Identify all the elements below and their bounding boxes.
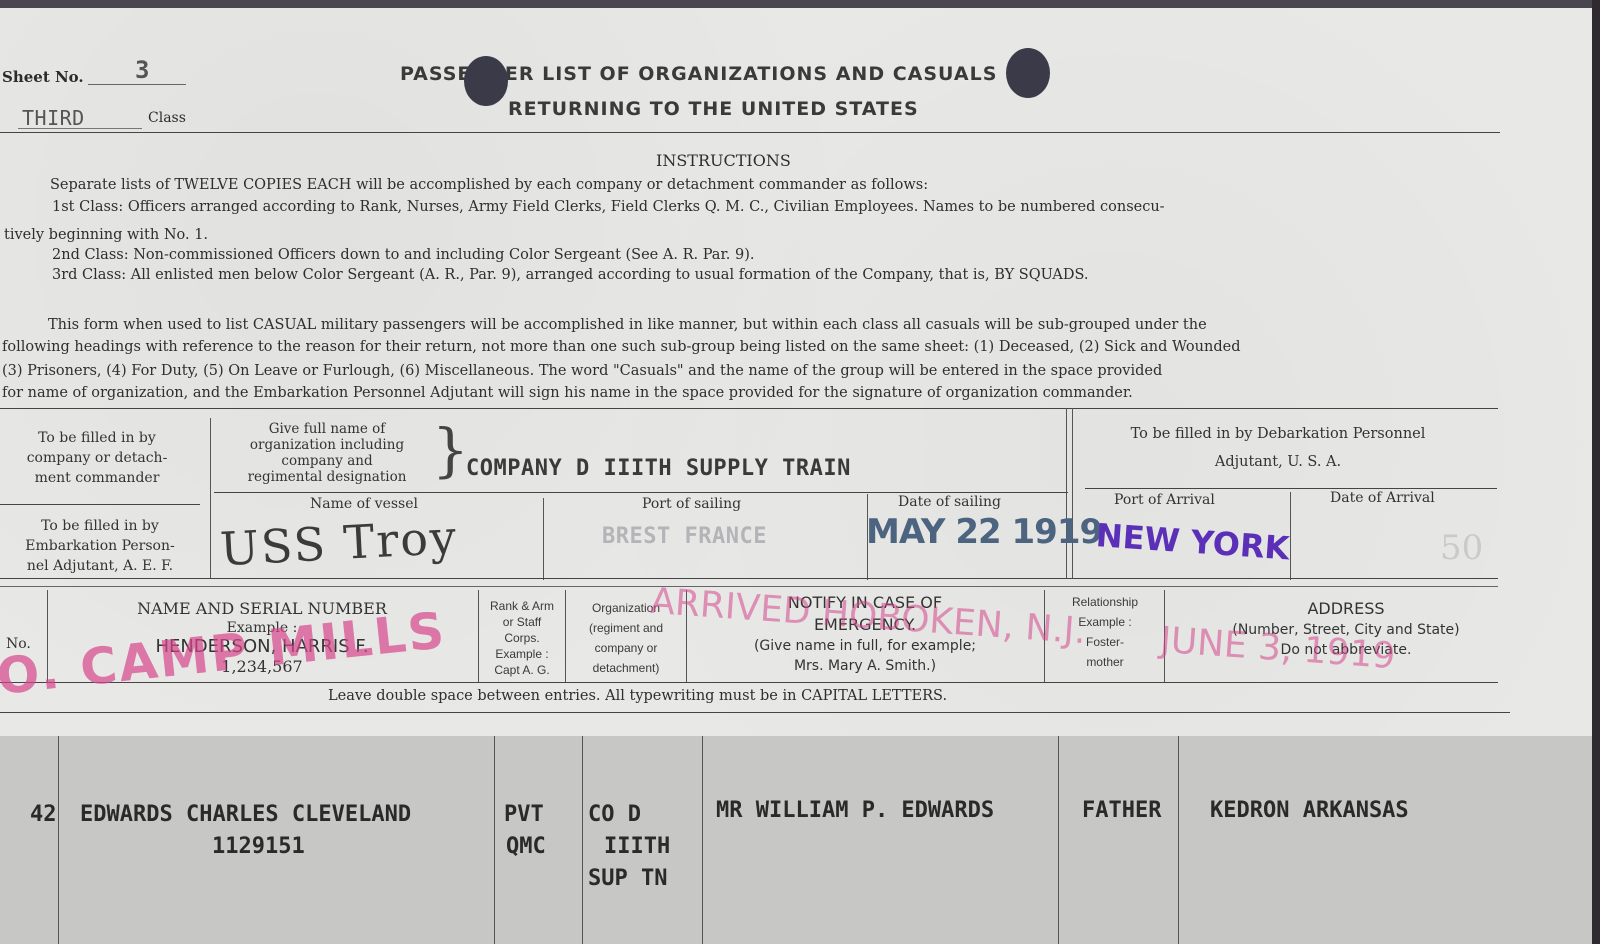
date-of-sailing-label: Date of sailing: [898, 492, 1001, 512]
vessel-value[interactable]: USS Troy: [219, 510, 459, 576]
entry-rank[interactable]: PVT: [504, 802, 544, 827]
instructions-heading: INSTRUCTIONS: [656, 150, 791, 172]
instructions-line: 3rd Class: All enlisted men below Color …: [52, 264, 1089, 286]
organization-prompt: Give full name of organization including…: [218, 421, 436, 485]
punch-hole-right: [1006, 48, 1050, 98]
entry-org-line1[interactable]: CO D: [588, 802, 641, 827]
port-of-arrival-value[interactable]: NEW YORK: [1095, 516, 1291, 567]
entry-relationship[interactable]: FATHER: [1082, 798, 1161, 823]
vessel-label: Name of vessel: [310, 494, 418, 514]
instructions-line: 1st Class: Officers arranged according t…: [52, 196, 1165, 218]
organization-value[interactable]: COMPANY D IIITH SUPPLY TRAIN: [466, 456, 851, 481]
entry-org-line3[interactable]: SUP TN: [588, 866, 667, 891]
instructions-line: Separate lists of TWELVE COPIES EACH wil…: [50, 174, 928, 196]
entry-org-line2[interactable]: IIITH: [604, 834, 670, 859]
brace-icon: }: [432, 420, 469, 480]
debarkation-label: To be filled in by Debarkation Personnel…: [1078, 420, 1478, 476]
passenger-list-form: Sheet No. 3 THIRD Class PASSENGER LIST O…: [0, 8, 1592, 736]
typing-instructions-note: Leave double space between entries. All …: [328, 688, 947, 704]
sheet-number-value: 3: [135, 56, 150, 84]
instructions-line: This form when used to list CASUAL milit…: [48, 314, 1207, 336]
company-commander-label: To be filled in by company or detach- me…: [2, 428, 192, 488]
sheet-number-label: Sheet No.: [2, 68, 84, 86]
instructions-line: 2nd Class: Non-commissioned Officers dow…: [52, 244, 755, 266]
punch-hole-left: [464, 56, 508, 106]
instructions-line: tively beginning with No. 1.: [4, 224, 208, 246]
entry-serial[interactable]: 1129151: [212, 834, 305, 859]
class-value: THIRD: [22, 106, 85, 130]
instructions-line: following headings with reference to the…: [2, 336, 1240, 358]
entry-notify[interactable]: MR WILLIAM P. EDWARDS: [716, 798, 994, 823]
date-of-arrival-label: Date of Arrival: [1330, 488, 1435, 508]
entry-area: 42 EDWARDS CHARLES CLEVELAND 1129151 PVT…: [0, 736, 1592, 944]
date-of-arrival-value[interactable]: 50: [1440, 528, 1483, 568]
entry-name[interactable]: EDWARDS CHARLES CLEVELAND: [80, 802, 411, 827]
port-of-arrival-label: Port of Arrival: [1114, 490, 1215, 510]
entry-corps[interactable]: QMC: [506, 834, 546, 859]
date-of-sailing-value[interactable]: MAY 22 1919: [866, 512, 1102, 552]
port-of-sailing-value[interactable]: BREST FRANCE: [602, 524, 767, 549]
instructions-line: (3) Prisoners, (4) For Duty, (5) On Leav…: [2, 360, 1162, 382]
port-of-sailing-label: Port of sailing: [642, 494, 741, 514]
embarkation-label: To be filled in by Embarkation Person- n…: [2, 516, 198, 576]
col-header-rank: Rank & Arm or Staff Corps. Example : Cap…: [478, 598, 566, 678]
entry-address[interactable]: KEDRON ARKANSAS: [1210, 798, 1409, 823]
entry-number[interactable]: 42: [30, 802, 57, 827]
instructions-line: for name of organization, and the Embark…: [2, 382, 1133, 404]
class-label: Class: [148, 110, 186, 126]
form-title-line2: RETURNING TO THE UNITED STATES: [508, 98, 919, 120]
paper-edge: [1592, 0, 1600, 944]
